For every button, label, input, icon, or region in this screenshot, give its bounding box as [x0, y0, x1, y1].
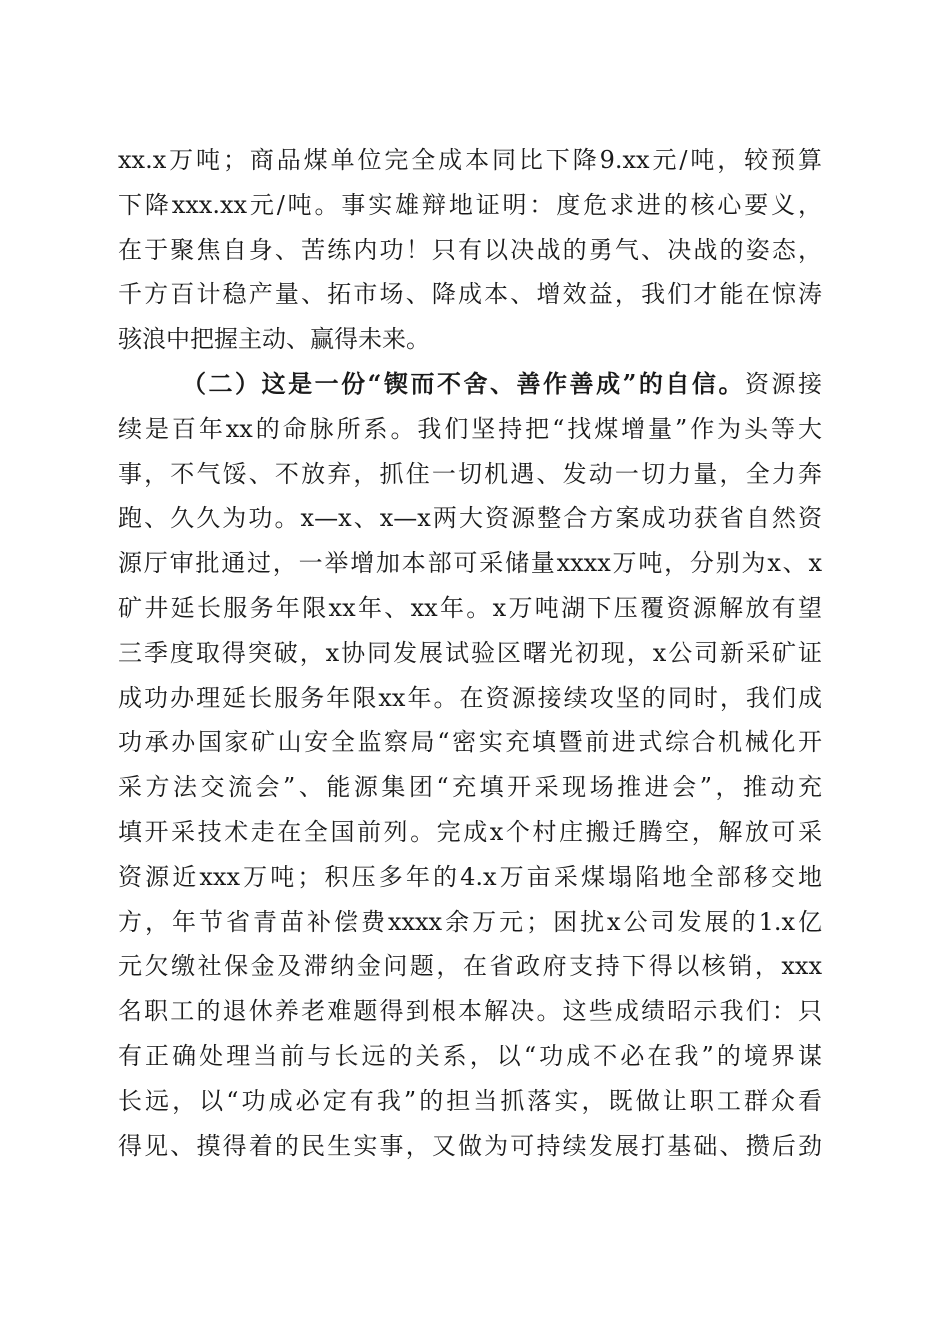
text-line: 骇浪中把握主动、赢得未来。 — [118, 317, 822, 362]
text-line: 跑、久久为功。x—x、x—x两大资源整合方案成功获省自然资 — [118, 496, 822, 541]
section-heading: （二）这是一份“锲而不舍、善作善成”的自信。 — [182, 369, 745, 398]
text-line: 长远，以“功成必定有我”的担当抓落实，既做让职工群众看 — [118, 1079, 822, 1124]
text-line: 方，年节省青苗补偿费xxxx余万元；困扰x公司发展的1.x亿 — [118, 900, 822, 945]
heading-tail-text: 资源接 — [745, 370, 822, 398]
text-line: 千方百计稳产量、拓市场、降成本、增效益，我们才能在惊涛 — [118, 272, 822, 317]
document-page: xx.x万吨；商品煤单位完全成本同比下降9.xx元/吨，较预算 下降xxx.xx… — [118, 138, 822, 1168]
heading-line: （二）这是一份“锲而不舍、善作善成”的自信。资源接 — [118, 362, 822, 407]
text-line: 得见、摸得着的民生实事，又做为可持续发展打基础、攒后劲 — [118, 1124, 822, 1169]
text-line: 有正确处理当前与长远的关系，以“功成不必在我”的境界谋 — [118, 1034, 822, 1079]
text-line: 事，不气馁、不放弃，抓住一切机遇、发动一切力量，全力奔 — [118, 452, 822, 497]
paragraph-2: （二）这是一份“锲而不舍、善作善成”的自信。资源接 续是百年xx的命脉所系。我们… — [118, 362, 822, 1168]
paragraph-1: xx.x万吨；商品煤单位完全成本同比下降9.xx元/吨，较预算 下降xxx.xx… — [118, 138, 822, 362]
text-line: 名职工的退休养老难题得到根本解决。这些成绩昭示我们：只 — [118, 989, 822, 1034]
text-line: 下降xxx.xx元/吨。事实雄辩地证明：度危求进的核心要义， — [118, 183, 822, 228]
text-line: 功承办国家矿山安全监察局“密实充填暨前进式综合机械化开 — [118, 720, 822, 765]
text-line: 源厅审批通过，一举增加本部可采储量xxxx万吨，分别为x、x — [118, 541, 822, 586]
text-line: 资源近xxx万吨；积压多年的4.x万亩采煤塌陷地全部移交地 — [118, 855, 822, 900]
text-line: 三季度取得突破，x协同发展试验区曙光初现，x公司新采矿证 — [118, 631, 822, 676]
text-line: xx.x万吨；商品煤单位完全成本同比下降9.xx元/吨，较预算 — [118, 138, 822, 183]
text-line: 成功办理延长服务年限xx年。在资源接续攻坚的同时，我们成 — [118, 676, 822, 721]
text-line: 矿井延长服务年限xx年、xx年。x万吨湖下压覆资源解放有望 — [118, 586, 822, 631]
text-line: 元欠缴社保金及滞纳金问题，在省政府支持下得以核销，xxx — [118, 944, 822, 989]
text-line: 采方法交流会”、能源集团“充填开采现场推进会”，推动充 — [118, 765, 822, 810]
text-line: 续是百年xx的命脉所系。我们坚持把“找煤增量”作为头等大 — [118, 407, 822, 452]
text-line: 填开采技术走在全国前列。完成x个村庄搬迁腾空，解放可采 — [118, 810, 822, 855]
text-line: 在于聚焦自身、苦练内功！只有以决战的勇气、决战的姿态， — [118, 228, 822, 273]
